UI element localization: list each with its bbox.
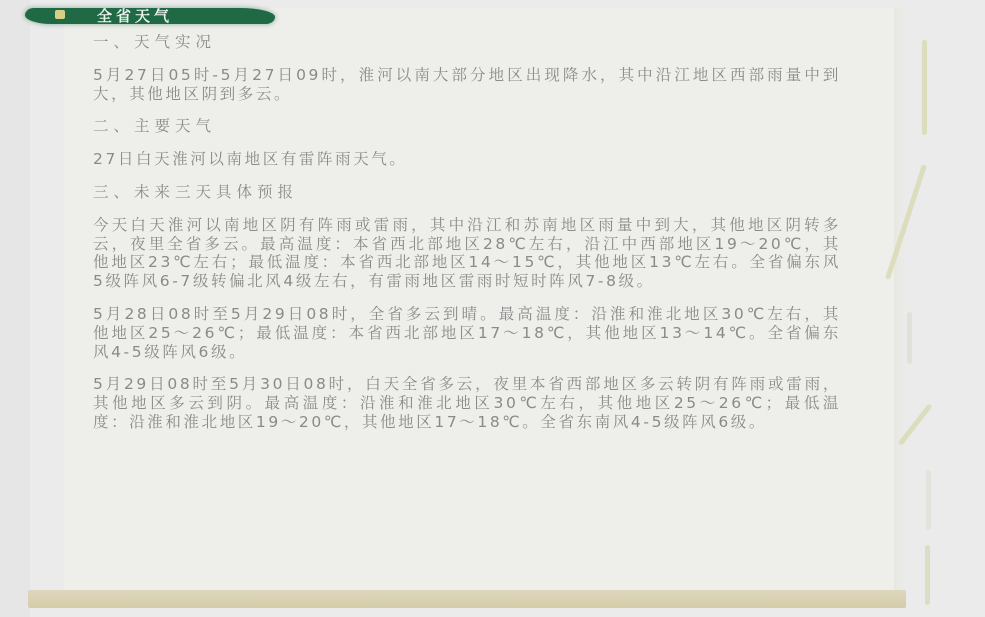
forecast-paragraph-day3: 5月29日08时至5月30日08时，白天全省多云，夜里本省西部地区多云转阴有阵雨… xyxy=(93,375,841,431)
background-strip xyxy=(0,0,30,617)
bamboo-stroke-decoration xyxy=(925,545,930,605)
forecast-content: 一、天气实况 5月27日05时-5月27日09时，淮河以南大部分地区出现降水，其… xyxy=(93,33,853,446)
page-title: 全省天气 xyxy=(97,7,173,25)
observation-paragraph: 5月27日05时-5月27日09时，淮河以南大部分地区出现降水，其中沿江地区西部… xyxy=(93,66,841,104)
bamboo-stroke-decoration xyxy=(926,470,931,530)
bamboo-stroke-decoration xyxy=(907,312,912,364)
forecast-paragraph-day2: 5月28日08时至5月29日08时，全省多云到晴。最高温度：沿淮和淮北地区30℃… xyxy=(93,305,841,361)
paper-bottom-border xyxy=(28,590,906,608)
section-heading-main-weather: 二、主要天气 xyxy=(93,117,853,136)
tag-icon xyxy=(55,10,65,19)
forecast-paragraph-today: 今天白天淮河以南地区阴有阵雨或雷雨，其中沿江和苏南地区雨量中到大，其他地区阴转多… xyxy=(93,216,841,291)
bamboo-stroke-decoration xyxy=(922,40,927,135)
section-heading-weather-observation: 一、天气实况 xyxy=(93,33,853,52)
title-banner: 全省天气 xyxy=(25,6,275,26)
section-heading-three-day-forecast: 三、未来三天具体预报 xyxy=(93,183,853,202)
main-weather-paragraph: 27日白天淮河以南地区有雷阵雨天气。 xyxy=(93,150,841,169)
paper-edge xyxy=(894,8,906,592)
